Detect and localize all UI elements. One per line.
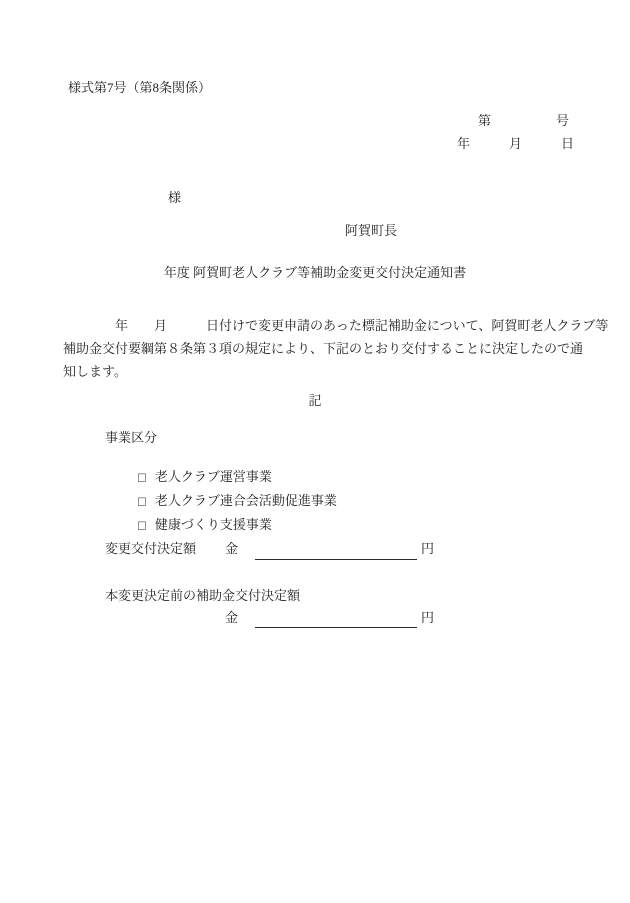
body-paragraph-line-1: 年 月 日付けで変更申請のあった標記補助金について、阿賀町老人クラブ等 — [63, 318, 583, 333]
body-paragraph-line-2: 補助金交付要綱第８条第３項の規定により、下記のとおり交付することに決定したので通 — [63, 341, 583, 356]
sender-name: 阿賀町長 — [345, 223, 397, 238]
date-line: 年 月 日 — [457, 136, 574, 151]
currency-suffix-yen: 円 — [421, 610, 434, 625]
amount-blank-line — [255, 559, 417, 560]
currency-prefix-kin: 金 — [225, 610, 238, 625]
document-title: 年度 阿賀町老人クラブ等補助金変更交付決定通知書 — [0, 265, 630, 280]
document-page: 様式第7号（第8条関係） 第 号 年 月 日 様 阿賀町長 年度 阿賀町老人クラ… — [0, 0, 630, 903]
record-marker: 記 — [0, 393, 630, 408]
currency-suffix-yen: 円 — [421, 541, 434, 556]
previous-amount-label: 本変更決定前の補助金交付決定額 — [105, 588, 300, 603]
checkbox-icon: □ — [138, 518, 146, 533]
form-number: 様式第7号（第8条関係） — [68, 80, 211, 95]
business-category-heading: 事業区分 — [105, 430, 157, 445]
addressee-suffix: 様 — [168, 190, 181, 205]
changed-amount-label: 変更交付決定額 — [105, 541, 196, 556]
body-paragraph-line-3: 知します。 — [63, 364, 583, 379]
currency-prefix-kin: 金 — [225, 541, 238, 556]
amount-blank-line — [255, 627, 417, 628]
checkbox-label: 健康づくり支援事業 — [155, 517, 272, 532]
document-number-line: 第 号 — [478, 113, 569, 128]
